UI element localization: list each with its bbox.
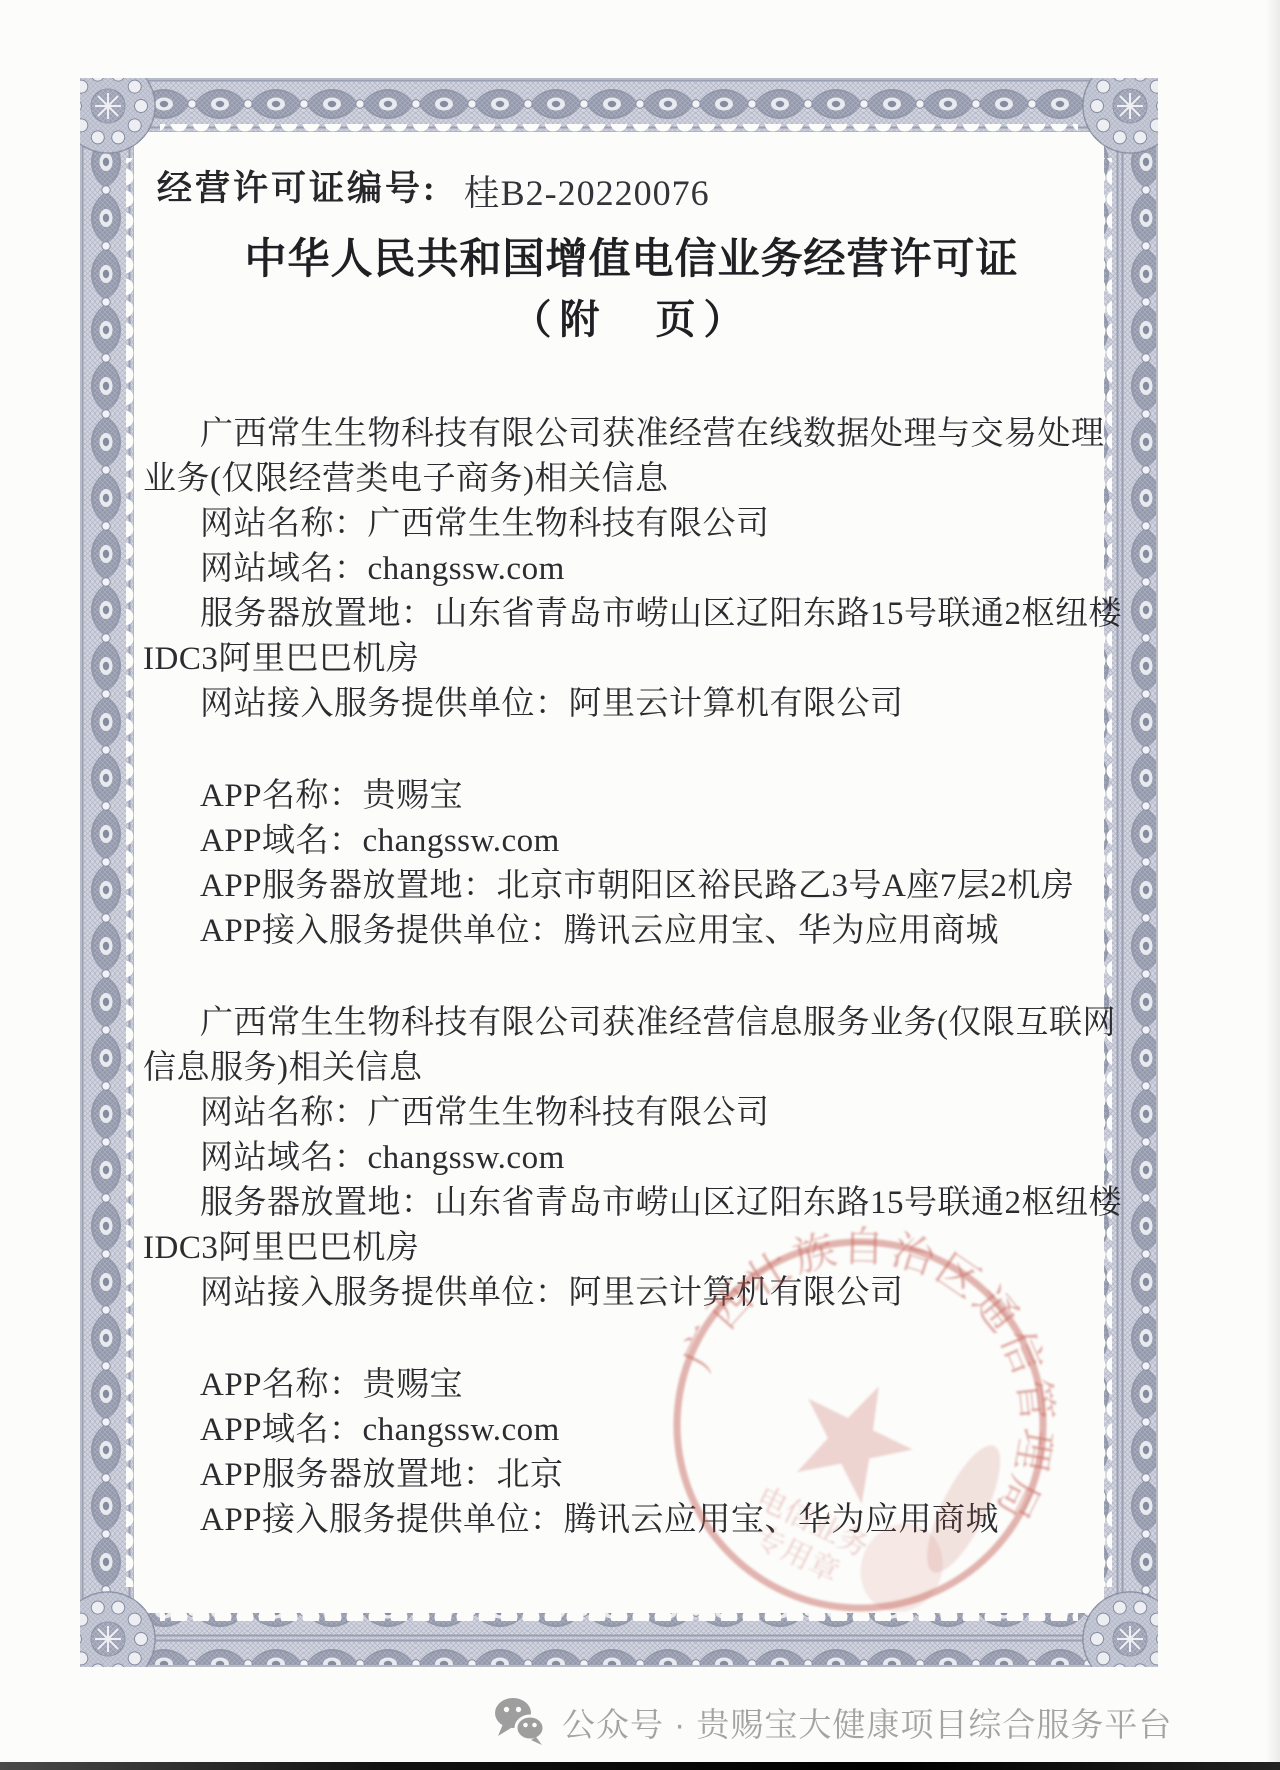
body-line: 网站域名：changssw.com [143,547,1090,592]
certificate-page: 经营许可证编号:桂B2-20220076 中华人民共和国增值电信业务经营许可证 … [0,0,1280,1770]
wechat-icon [492,1694,548,1750]
official-seal: 广西壮族自治区通信管理局 电信业务 专用章 [640,1205,1080,1645]
scan-bottom-strip [0,1762,1280,1770]
body-line: 网站域名：changssw.com [143,1136,1090,1181]
body-line: 服务器放置地：山东省青岛市崂山区辽阳东路15号联通2枢纽楼 [143,592,1090,637]
body-line: 信息服务)相关信息 [143,1046,1090,1091]
body-line: 网站名称：广西常生生物科技有限公司 [143,1091,1090,1136]
body-line: IDC3阿里巴巴机房 [143,637,1090,682]
svg-text:广西壮族自治区通信管理局: 广西壮族自治区通信管理局 [674,1205,1080,1530]
body-line: APP名称：贵赐宝 [143,774,1090,819]
seal-ring-text: 广西壮族自治区通信管理局 [674,1205,1080,1530]
license-number-value: 桂B2-20220076 [464,173,710,213]
body-line: APP域名：changssw.com [143,819,1090,864]
body-line: 广西常生生物科技有限公司获准经营信息服务业务(仅限互联网 [143,1001,1090,1046]
certificate-title: 中华人民共和国增值电信业务经营许可证 [143,226,1090,286]
body-line: 网站名称：广西常生生物科技有限公司 [143,502,1090,547]
body-line: APP服务器放置地：北京市朝阳区裕民路乙3号A座7层2机房 [143,864,1090,909]
watermark-row: 公众号 · 贵赐宝大健康项目综合服务平台 [492,1694,1172,1750]
license-number-row: 经营许可证编号:桂B2-20220076 [157,160,710,211]
body-line: 业务(仅限经营类电子商务)相关信息 [143,457,1090,502]
scan-edge-shadow [1266,0,1280,1770]
body-line: APP接入服务提供单位：腾讯云应用宝、华为应用商城 [143,909,1090,954]
body-line: 网站接入服务提供单位：阿里云计算机有限公司 [143,682,1090,727]
license-number-label: 经营许可证编号: [157,169,438,208]
watermark-text: 公众号 · 贵赐宝大健康项目综合服务平台 [562,1699,1172,1746]
body-line: 广西常生生物科技有限公司获准经营在线数据处理与交易处理 [143,412,1090,457]
certificate-subtitle: （附 页） [143,288,1090,345]
seal-star-icon [777,1361,931,1513]
